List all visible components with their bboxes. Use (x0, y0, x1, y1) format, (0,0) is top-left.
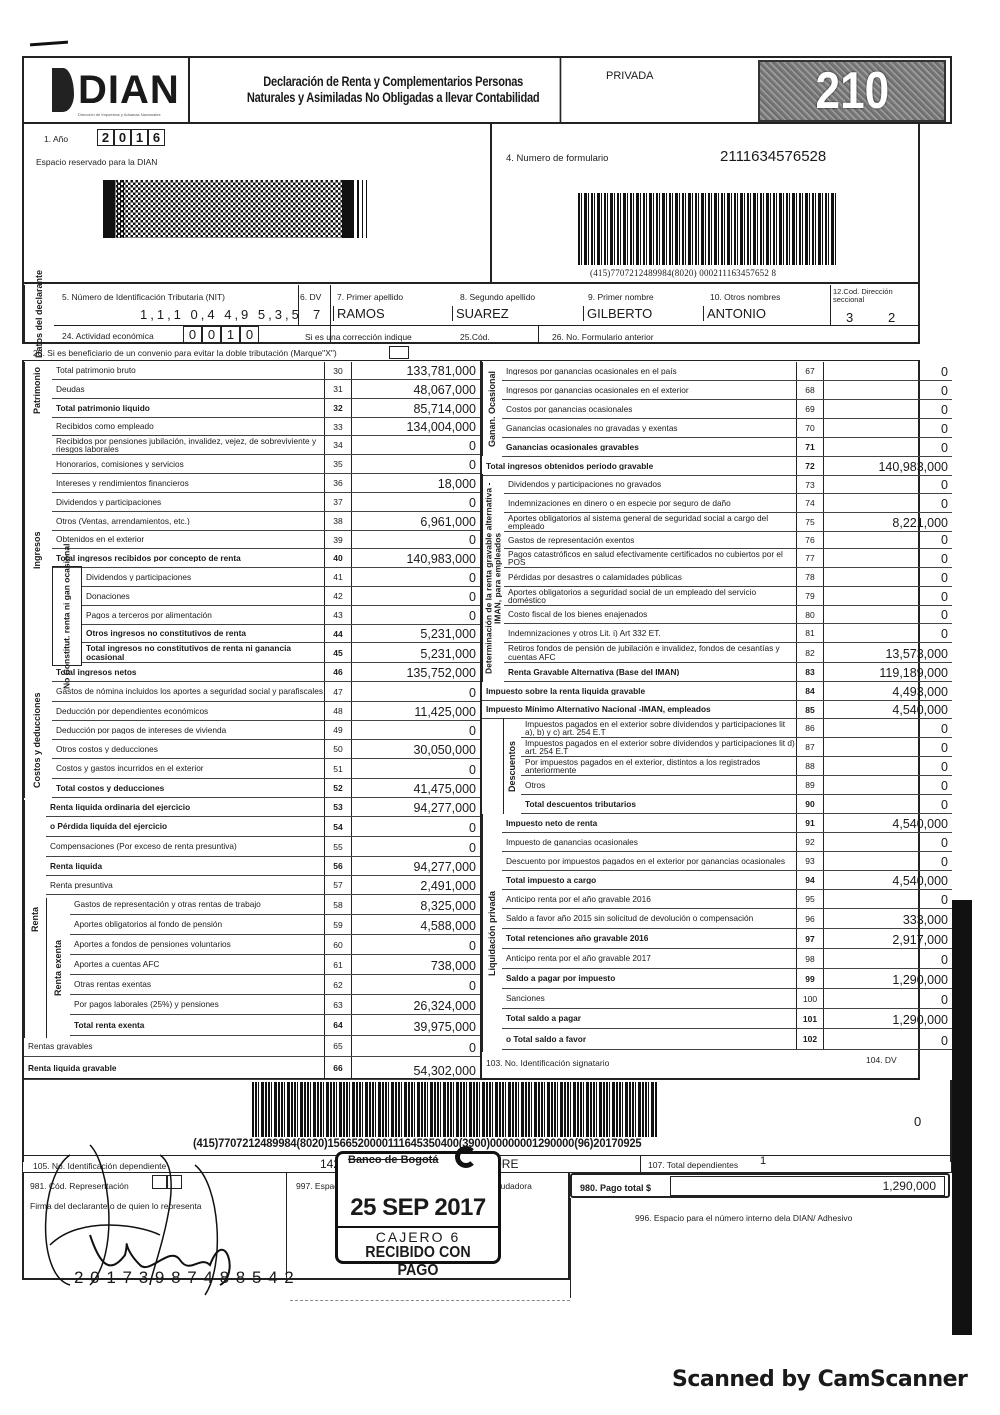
total-dependents-value: 1 (760, 1155, 766, 1167)
row-number: 69 (796, 400, 824, 418)
row-value[interactable]: 0 (824, 587, 952, 605)
seccional-digit-1: 3 (846, 310, 853, 325)
row-value[interactable]: 0 (824, 795, 952, 813)
table-row: Renta liquida ordinaria del ejercicio539… (46, 798, 480, 817)
table-row: Gastos de nómina incluidos los aportes a… (52, 682, 480, 702)
row-value[interactable]: 2,917,000 (824, 929, 952, 948)
reserved-label: Espacio reservado para la DIAN (36, 157, 157, 167)
row-number: 65 (324, 1036, 352, 1056)
row-value[interactable]: 41,475,000 (352, 779, 480, 797)
digit-box: 1 (131, 129, 148, 146)
row-number: 38 (324, 512, 352, 530)
table-row: Gastos de representación exentos760 (504, 532, 952, 549)
row-label: Total descuentos tributarios (521, 800, 796, 808)
row-value[interactable]: 94,277,000 (352, 857, 480, 875)
row-label: Costos por ganancias ocasionales (502, 405, 796, 413)
year-label: 1. Año (44, 134, 68, 144)
row-label: Total ingresos netos (52, 668, 324, 676)
table-row: Aportes obligatorios al sistema general … (504, 513, 952, 532)
row-label: Dividendos y participaciones (52, 498, 324, 506)
row-value[interactable]: 0 (824, 381, 952, 399)
row-value[interactable]: 0 (824, 549, 952, 567)
row-value[interactable]: 0 (352, 455, 480, 473)
row-label: Impuestos pagados en el exterior sobre d… (521, 720, 796, 737)
signatory-dv-value: 0 (914, 1114, 921, 1129)
table-row: Saldo a pagar por impuesto991,290,000 (502, 969, 952, 989)
row-number: 83 (796, 663, 824, 681)
row-label: Impuesto neto de renta (502, 819, 796, 827)
stamp-bank: Banco de Bogotá (348, 1154, 438, 1166)
table-row: Total impuesto a cargo944,540,000 (502, 871, 952, 890)
row-label: Otros (Ventas, arrendamientos, etc.) (52, 517, 324, 525)
row-number: 32 (324, 399, 352, 417)
row-number: 77 (796, 549, 824, 567)
row-value[interactable]: 140,983,000 (352, 549, 480, 567)
table-row: Por pagos laborales (25%) y pensiones632… (70, 995, 480, 1015)
row-value[interactable]: 0 (824, 949, 952, 968)
row-number: 67 (796, 362, 824, 380)
table-row: Impuesto neto de renta914,540,000 (502, 814, 952, 833)
second-surname-label: 8. Segundo apellido (460, 292, 535, 302)
row-label: Total patrimonio bruto (52, 366, 324, 374)
costos-label: Costos y deducciones (24, 682, 50, 798)
table-row: Retiros fondos de pensión de jubilación … (504, 643, 952, 663)
pdf417-barcode (103, 180, 378, 238)
row-number: 93 (796, 852, 824, 870)
row-number: 98 (796, 949, 824, 968)
row-number: 60 (324, 935, 352, 954)
table-row: Pérdidas por desastres o calamidades púb… (504, 568, 952, 587)
row-number: 70 (796, 419, 824, 437)
row-label: Intereses y rendimientos financieros (52, 479, 324, 487)
table-row: o Total saldo a favor1020 (502, 1029, 952, 1050)
table-row: Aportes a cuentas AFC61738,000 (70, 955, 480, 975)
row-number: 48 (324, 702, 352, 720)
row-value[interactable]: 30,050,000 (352, 740, 480, 758)
row-value[interactable]: 0 (824, 400, 952, 418)
row-label: Pérdidas por desastres o calamidades púb… (504, 573, 796, 581)
row-number: 82 (796, 643, 824, 662)
row-value[interactable]: 4,540,000 (824, 814, 952, 832)
row-value[interactable]: 0 (352, 975, 480, 994)
signatory-label: 103. No. Identificación signatario (486, 1058, 609, 1068)
logo-text: DIAN (78, 68, 180, 113)
dian-internal-label: 996. Espacio para el número interno dela… (635, 1213, 852, 1223)
row-label: Anticipo renta por el año gravable 2017 (502, 954, 796, 962)
payment-label: 980. Pago total $ (580, 1183, 651, 1193)
row-value[interactable]: 11,425,000 (352, 702, 480, 720)
row-value[interactable]: 0 (352, 531, 480, 548)
row-value[interactable]: 0 (824, 890, 952, 908)
row-number: 63 (324, 995, 352, 1014)
stamp-status: RECIBIDO CON PAGO (344, 1244, 491, 1280)
row-value[interactable]: 0 (352, 837, 480, 856)
row-value[interactable]: 5,231,000 (352, 643, 480, 662)
row-value[interactable]: 0 (824, 494, 952, 512)
row-value[interactable]: 0 (824, 776, 952, 794)
logo-subtitle: Dirección de Impuestos y Aduanas Naciona… (78, 112, 161, 117)
row-number: 45 (324, 643, 352, 662)
row-label: Renta liquida (46, 862, 324, 870)
row-value[interactable]: 0 (824, 1029, 952, 1049)
row-value[interactable]: 135,752,000 (352, 663, 480, 681)
row-number: 89 (796, 776, 824, 794)
row-label: o Pérdida liquida del ejercicio (46, 822, 324, 830)
table-row: Deducción por pagos de intereses de vivi… (52, 721, 480, 740)
row-number: 87 (796, 738, 824, 756)
row-number: 49 (324, 721, 352, 739)
row-number: 92 (796, 833, 824, 851)
row-label: Anticipo renta por el año gravable 2016 (502, 895, 796, 903)
row-label: Aportes a cuentas AFC (70, 960, 324, 968)
row-label: Total ingresos recibidos por concepto de… (52, 554, 324, 562)
form-number-badge: 210 (758, 60, 946, 122)
table-row: Recibidos por pensiones jubilación, inva… (52, 436, 480, 455)
row-label: Impuesto de ganancias ocasionales (502, 838, 796, 846)
table-row: Rentas gravables650 (24, 1036, 480, 1057)
row-label: Aportes obligatorios a seguridad social … (504, 588, 796, 605)
form-barcode-text: (415)7707212489984(8020) 000211163457652… (590, 268, 776, 278)
table-row: Por impuestos pagados en el exterior, di… (521, 757, 952, 776)
row-value[interactable]: 54,302,000 (352, 1057, 480, 1079)
row-value[interactable]: 133,781,000 (352, 362, 480, 379)
row-value[interactable]: 738,000 (352, 955, 480, 974)
row-value[interactable]: 18,000 (352, 474, 480, 492)
table-row: Indemnizaciones en dinero o en especie p… (504, 494, 952, 513)
table-row: Intereses y rendimientos financieros3618… (52, 474, 480, 493)
row-number: 61 (324, 955, 352, 974)
row-number: 54 (324, 817, 352, 836)
first-name-label: 9. Primer nombre (588, 292, 654, 302)
row-number: 56 (324, 857, 352, 875)
table-row: Total saldo a pagar1011,290,000 (502, 1009, 952, 1029)
row-label: Otras rentas exentas (70, 980, 324, 988)
row-number: 35 (324, 455, 352, 473)
row-label: Otros ingresos no constitutivos de renta (82, 629, 324, 637)
row-value[interactable]: 0 (824, 568, 952, 586)
row-value[interactable]: 0 (352, 759, 480, 778)
digit-box: 0 (202, 326, 221, 343)
table-row: Costos por ganancias ocasionales690 (502, 400, 952, 419)
table-row: Dividendos y participaciones no gravados… (504, 476, 952, 494)
row-value[interactable]: 140,983,000 (824, 457, 952, 475)
correction-label: Si es una corrección indique (305, 332, 412, 342)
row-label: Honorarios, comisiones y servicios (52, 460, 324, 468)
table-row: Otras rentas exentas620 (70, 975, 480, 995)
row-value[interactable]: 13,573,000 (824, 643, 952, 662)
row-value[interactable]: 8,221,000 (824, 513, 952, 531)
row-label: Gastos de representación y otras rentas … (70, 900, 324, 908)
row-number: 102 (796, 1029, 824, 1049)
row-label: Ingresos por ganancias ocasionales en el… (502, 386, 796, 394)
scan-edge (952, 900, 972, 1335)
row-label: Deducción por dependientes económicos (52, 707, 324, 715)
row-value[interactable]: 26,324,000 (352, 995, 480, 1014)
no-constitutivos-label: No Constitut. renta ni gan ocasional (52, 566, 82, 666)
payment-value: 1,290,000 (670, 1176, 945, 1196)
previous-form-label: 26. No. Formulario anterior (552, 332, 654, 342)
table-row: Total descuentos tributarios900 (521, 795, 952, 814)
table-row: Saldo a favor año 2015 sin solicitud de … (502, 909, 952, 929)
row-label: Impuesto sobre la renta liquida gravable (482, 687, 796, 695)
table-row: Descuento por impuestos pagados en el ex… (502, 852, 952, 871)
row-value[interactable]: 5,231,000 (352, 625, 480, 642)
dian-logo-icon (52, 68, 74, 112)
treaty-label: 28. Si es beneficiario de un convenio pa… (33, 348, 337, 358)
dian-sticker-number: 2 0 1 7 3 9 8 7 4 8 8 5 4 2 (74, 1268, 295, 1288)
table-row: Renta presuntiva572,491,000 (46, 876, 480, 895)
ganan-ocasional-label: Ganan. Ocasional (482, 362, 502, 456)
first-surname-value: RAMOS (333, 306, 385, 321)
row-value[interactable]: 48,067,000 (352, 380, 480, 398)
activity-label: 24. Actividad económica (62, 331, 154, 341)
form-number-value: 2111634576528 (720, 148, 826, 165)
table-row: Renta liquida gravable6654,302,000 (24, 1057, 480, 1080)
activity-field: 0010 (183, 326, 259, 343)
row-value[interactable]: 0 (824, 532, 952, 548)
camscanner-watermark: Scanned by CamScanner (672, 1367, 967, 1392)
row-number: 66 (324, 1057, 352, 1079)
table-row: Anticipo renta por el año gravable 20179… (502, 949, 952, 969)
row-value[interactable]: 0 (824, 362, 952, 380)
row-number: 51 (324, 759, 352, 778)
row-number: 85 (796, 701, 824, 718)
table-row: Impuesto de ganancias ocasionales920 (502, 833, 952, 852)
row-label: Descuento por impuestos pagados en el ex… (502, 857, 796, 865)
row-label: Total retenciones año gravable 2016 (502, 934, 796, 942)
row-number: 80 (796, 606, 824, 623)
row-value[interactable]: 0 (352, 493, 480, 511)
row-value[interactable]: 0 (824, 852, 952, 870)
row-number: 79 (796, 587, 824, 605)
table-row: Obtenidos en el exterior390 (52, 531, 480, 549)
stamp-date: 25 SEP 2017 (338, 1194, 498, 1222)
table-row: Ganancias ocasionales no gravadas y exen… (502, 419, 952, 438)
row-value[interactable]: 0 (352, 1036, 480, 1056)
correction-code-label: 25.Cód. (460, 332, 490, 342)
table-row: Donaciones420 (82, 587, 480, 606)
row-value[interactable]: 0 (352, 436, 480, 454)
row-value[interactable]: 4,493,000 (824, 682, 952, 700)
row-value[interactable]: 8,325,000 (352, 895, 480, 914)
row-number: 58 (324, 895, 352, 914)
row-label: Saldo a pagar por impuesto (502, 974, 796, 982)
row-number: 40 (324, 549, 352, 567)
first-name-value: GILBERTO (583, 306, 652, 321)
table-row: Aportes obligatorios al fondo de pensión… (70, 915, 480, 935)
row-number: 95 (796, 890, 824, 908)
row-value[interactable]: 0 (352, 817, 480, 836)
form-number: 210 (815, 61, 889, 121)
ingresos-label: Ingresos (24, 418, 50, 682)
table-row: Pagos catastróficos en salud efectivamen… (504, 549, 952, 568)
patrimonio-label: Patrimonio (24, 362, 50, 418)
row-number: 97 (796, 929, 824, 948)
row-number: 94 (796, 871, 824, 889)
row-number: 62 (324, 975, 352, 994)
row-label: Compensaciones (Por exceso de renta pres… (46, 842, 324, 850)
table-row: Sanciones1000 (502, 989, 952, 1009)
row-number: 71 (796, 438, 824, 456)
row-label: Renta liquida gravable (24, 1064, 324, 1072)
row-label: Pagos catastróficos en salud efectivamen… (504, 550, 796, 567)
row-label: Indemnizaciones y otros Lit. i) Art 332 … (504, 629, 796, 637)
pdf417-barcode-end (342, 180, 378, 238)
row-value[interactable]: 1,290,000 (824, 969, 952, 988)
row-number: 75 (796, 513, 824, 531)
table-row: Renta liquida5694,277,000 (46, 857, 480, 876)
row-label: Dividendos y participaciones (82, 573, 324, 581)
row-label: Total patrimonio liquido (52, 404, 324, 412)
row-value[interactable]: 6,961,000 (352, 512, 480, 530)
bank-stamp: Banco de Bogotá 25 SEP 2017 CAJERO 6 REC… (335, 1151, 501, 1264)
row-value[interactable]: 0 (352, 568, 480, 586)
row-label: Total ingresos no constitutivos de renta… (82, 644, 324, 661)
row-label: Renta liquida ordinaria del ejercicio (46, 803, 324, 811)
row-label: Aportes a fondos de pensiones voluntario… (70, 940, 324, 948)
determinacion-label: Determinación de la renta gravable alter… (482, 474, 504, 682)
row-value[interactable]: 0 (352, 682, 480, 701)
table-row: Otros890 (521, 776, 952, 795)
row-value[interactable]: 0 (352, 721, 480, 739)
row-value[interactable]: 94,277,000 (352, 798, 480, 816)
table-row: Dividendos y participaciones410 (82, 568, 480, 587)
row-value[interactable]: 0 (824, 419, 952, 437)
stamp-cashier: CAJERO 6 (338, 1229, 498, 1245)
treaty-checkbox[interactable] (389, 346, 409, 359)
row-number: 96 (796, 909, 824, 928)
row-value[interactable]: 0 (352, 935, 480, 954)
digit-box: 6 (148, 129, 165, 146)
table-row: Total renta exenta6439,975,000 (70, 1015, 480, 1036)
table-row: Costo fiscal de los bienes enajenados800 (504, 606, 952, 624)
row-value[interactable]: 0 (352, 606, 480, 624)
row-number: 91 (796, 814, 824, 832)
row-label: Aportes obligatorios al sistema general … (504, 514, 796, 531)
row-value[interactable]: 4,540,000 (824, 701, 952, 718)
row-label: Rentas gravables (24, 1042, 324, 1050)
row-number: 90 (796, 795, 824, 813)
row-value[interactable]: 85,714,000 (352, 399, 480, 417)
dv-value: 7 (313, 307, 320, 322)
row-number: 39 (324, 531, 352, 548)
row-number: 64 (324, 1015, 352, 1035)
digit-box: 0 (240, 326, 259, 343)
table-row: Aportes a fondos de pensiones voluntario… (70, 935, 480, 955)
row-value[interactable]: 0 (824, 719, 952, 737)
renta-exenta-label: Renta exenta (46, 898, 70, 1038)
row-value[interactable]: 0 (824, 757, 952, 775)
row-number: 100 (796, 989, 824, 1008)
row-label: Sanciones (502, 994, 796, 1002)
table-row: Total ingresos no constitutivos de renta… (82, 643, 480, 663)
dian-logo: DIAN Dirección de Impuestos y Aduanas Na… (22, 56, 190, 124)
table-row: Total ingresos obtenidos periodo gravabl… (482, 457, 952, 476)
row-value[interactable]: 0 (824, 606, 952, 623)
row-label: o Total saldo a favor (502, 1035, 796, 1043)
row-label: Ganancias ocasionales no gravadas y exen… (502, 424, 796, 432)
table-row: Recibidos como empleado33134,004,000 (52, 418, 480, 436)
row-number: 41 (324, 568, 352, 586)
row-value[interactable]: 0 (352, 587, 480, 605)
row-number: 72 (796, 457, 824, 475)
table-row: Pagos a terceros por alimentación430 (82, 606, 480, 625)
seccional-digit-2: 2 (888, 310, 895, 325)
signatory-dv-label: 104. DV (866, 1055, 897, 1065)
row-value[interactable]: 0 (824, 438, 952, 456)
scan-mark (30, 41, 68, 47)
row-label: Recibidos como empleado (52, 422, 324, 430)
row-value[interactable]: 333,000 (824, 909, 952, 928)
row-label: Impuesto Mínimo Alternativo Nacional -IM… (482, 705, 796, 713)
table-row: Dividendos y participaciones370 (52, 493, 480, 512)
row-value[interactable]: 4,588,000 (352, 915, 480, 934)
digit-box: 1 (221, 326, 240, 343)
row-value[interactable]: 0 (824, 476, 952, 493)
second-surname-value: SUAREZ (452, 306, 509, 321)
row-label: Deudas (52, 385, 324, 393)
row-number: 76 (796, 532, 824, 548)
table-row: Deudas3148,067,000 (52, 380, 480, 399)
row-label: Otros costos y deducciones (52, 745, 324, 753)
row-value[interactable]: 134,004,000 (352, 418, 480, 435)
table-row: Impuestos pagados en el exterior sobre d… (521, 738, 952, 757)
row-value[interactable]: 0 (824, 989, 952, 1008)
form-number-label: 4. Numero de formulario (506, 153, 608, 164)
row-label: Ingresos por ganancias ocasionales en el… (502, 367, 796, 375)
row-value[interactable]: 119,189,000 (824, 663, 952, 681)
row-number: 52 (324, 779, 352, 797)
row-label: Total ingresos obtenidos periodo gravabl… (482, 462, 796, 470)
row-label: Retiros fondos de pensión de jubilación … (504, 644, 796, 661)
table-row: Ingresos por ganancias ocasionales en el… (502, 362, 952, 381)
row-label: Gastos de representación exentos (504, 536, 796, 544)
row-label: Total costos y deducciones (52, 784, 324, 792)
row-number: 34 (324, 436, 352, 454)
row-number: 47 (324, 682, 352, 701)
row-number: 36 (324, 474, 352, 492)
row-value[interactable]: 1,290,000 (824, 1009, 952, 1028)
row-number: 46 (324, 663, 352, 681)
first-surname-label: 7. Primer apellido (337, 292, 403, 302)
row-value[interactable]: 2,491,000 (352, 876, 480, 894)
table-row: Ganancias ocasionales gravables710 (502, 438, 952, 457)
row-number: 44 (324, 625, 352, 642)
row-number: 50 (324, 740, 352, 758)
table-row: Anticipo renta por el año gravable 20169… (502, 890, 952, 909)
row-number: 30 (324, 362, 352, 379)
descuentos-label: Descuentos (503, 718, 521, 814)
row-value[interactable]: 0 (824, 738, 952, 756)
table-row: Renta Gravable Alternativa (Base del IMA… (504, 663, 952, 682)
row-value[interactable]: 0 (824, 624, 952, 642)
row-value[interactable]: 0 (824, 833, 952, 851)
table-row: Total patrimonio bruto30133,781,000 (52, 362, 480, 380)
row-label: Costo fiscal de los bienes enajenados (504, 610, 796, 618)
digit-box: 0 (183, 326, 202, 343)
title-line-1: Declaración de Renta y Complementarios P… (263, 74, 523, 90)
row-label: Pagos a terceros por alimentación (82, 611, 324, 619)
row-number: 42 (324, 587, 352, 605)
row-value[interactable]: 39,975,000 (352, 1015, 480, 1035)
table-row: Total ingresos netos46135,752,000 (52, 663, 480, 682)
table-row: Deducción por dependientes económicos481… (52, 702, 480, 721)
table-row: Honorarios, comisiones y servicios350 (52, 455, 480, 474)
bank-logo-icon (455, 1146, 477, 1168)
table-row: Indemnizaciones y otros Lit. i) Art 332 … (504, 624, 952, 643)
table-row: Otros costos y deducciones5030,050,000 (52, 740, 480, 759)
row-value[interactable]: 4,540,000 (824, 871, 952, 889)
